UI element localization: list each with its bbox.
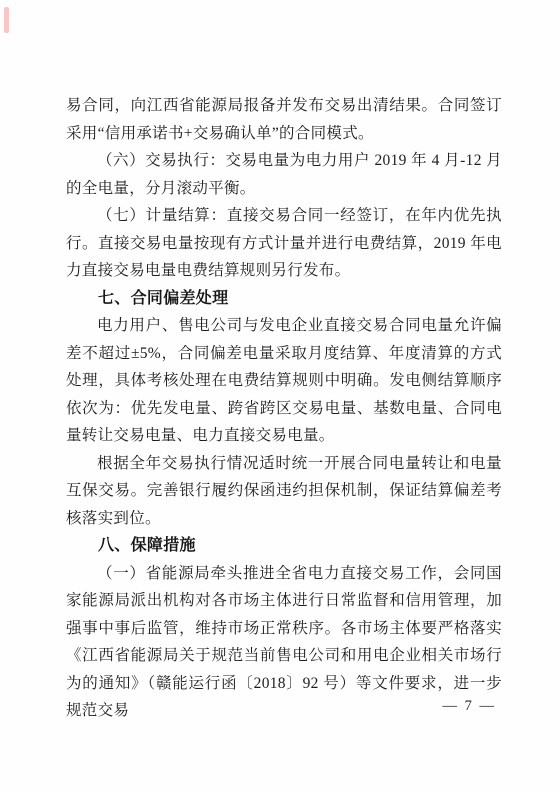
section-heading: 八、保障措施 bbox=[66, 532, 502, 560]
red-scan-artifact-mark bbox=[4, 7, 9, 33]
paragraph: （六）交易执行：交易电量为电力用户 2019 年 4 月-12 月的全电量，分月… bbox=[66, 147, 502, 202]
paragraph: 根据全年交易执行情况适时统一开展合同电量转让和电量互保交易。完善银行履约保函违约… bbox=[66, 450, 502, 533]
document-page: 易合同，向江西省能源局报备并发布交易出清结果。合同签订采用“信用承诺书+交易确认… bbox=[0, 0, 560, 791]
paragraph: 易合同，向江西省能源局报备并发布交易出清结果。合同签订采用“信用承诺书+交易确认… bbox=[66, 92, 502, 147]
section-heading: 七、合同偏差处理 bbox=[66, 285, 502, 313]
paragraph: （一）省能源局牵头推进全省电力直接交易工作，会同国家能源局派出机构对各市场主体进… bbox=[66, 560, 502, 725]
paragraph: 电力用户、售电公司与发电企业直接交易合同电量允许偏差不超过±5%，合同偏差电量采… bbox=[66, 312, 502, 450]
paragraph: （七）计量结算：直接交易合同一经签订，在年内优先执行。直接交易电量按现有方式计量… bbox=[66, 202, 502, 285]
page-number: — 7 — bbox=[443, 698, 497, 715]
document-body: 易合同，向江西省能源局报备并发布交易出清结果。合同签订采用“信用承诺书+交易确认… bbox=[66, 92, 502, 725]
